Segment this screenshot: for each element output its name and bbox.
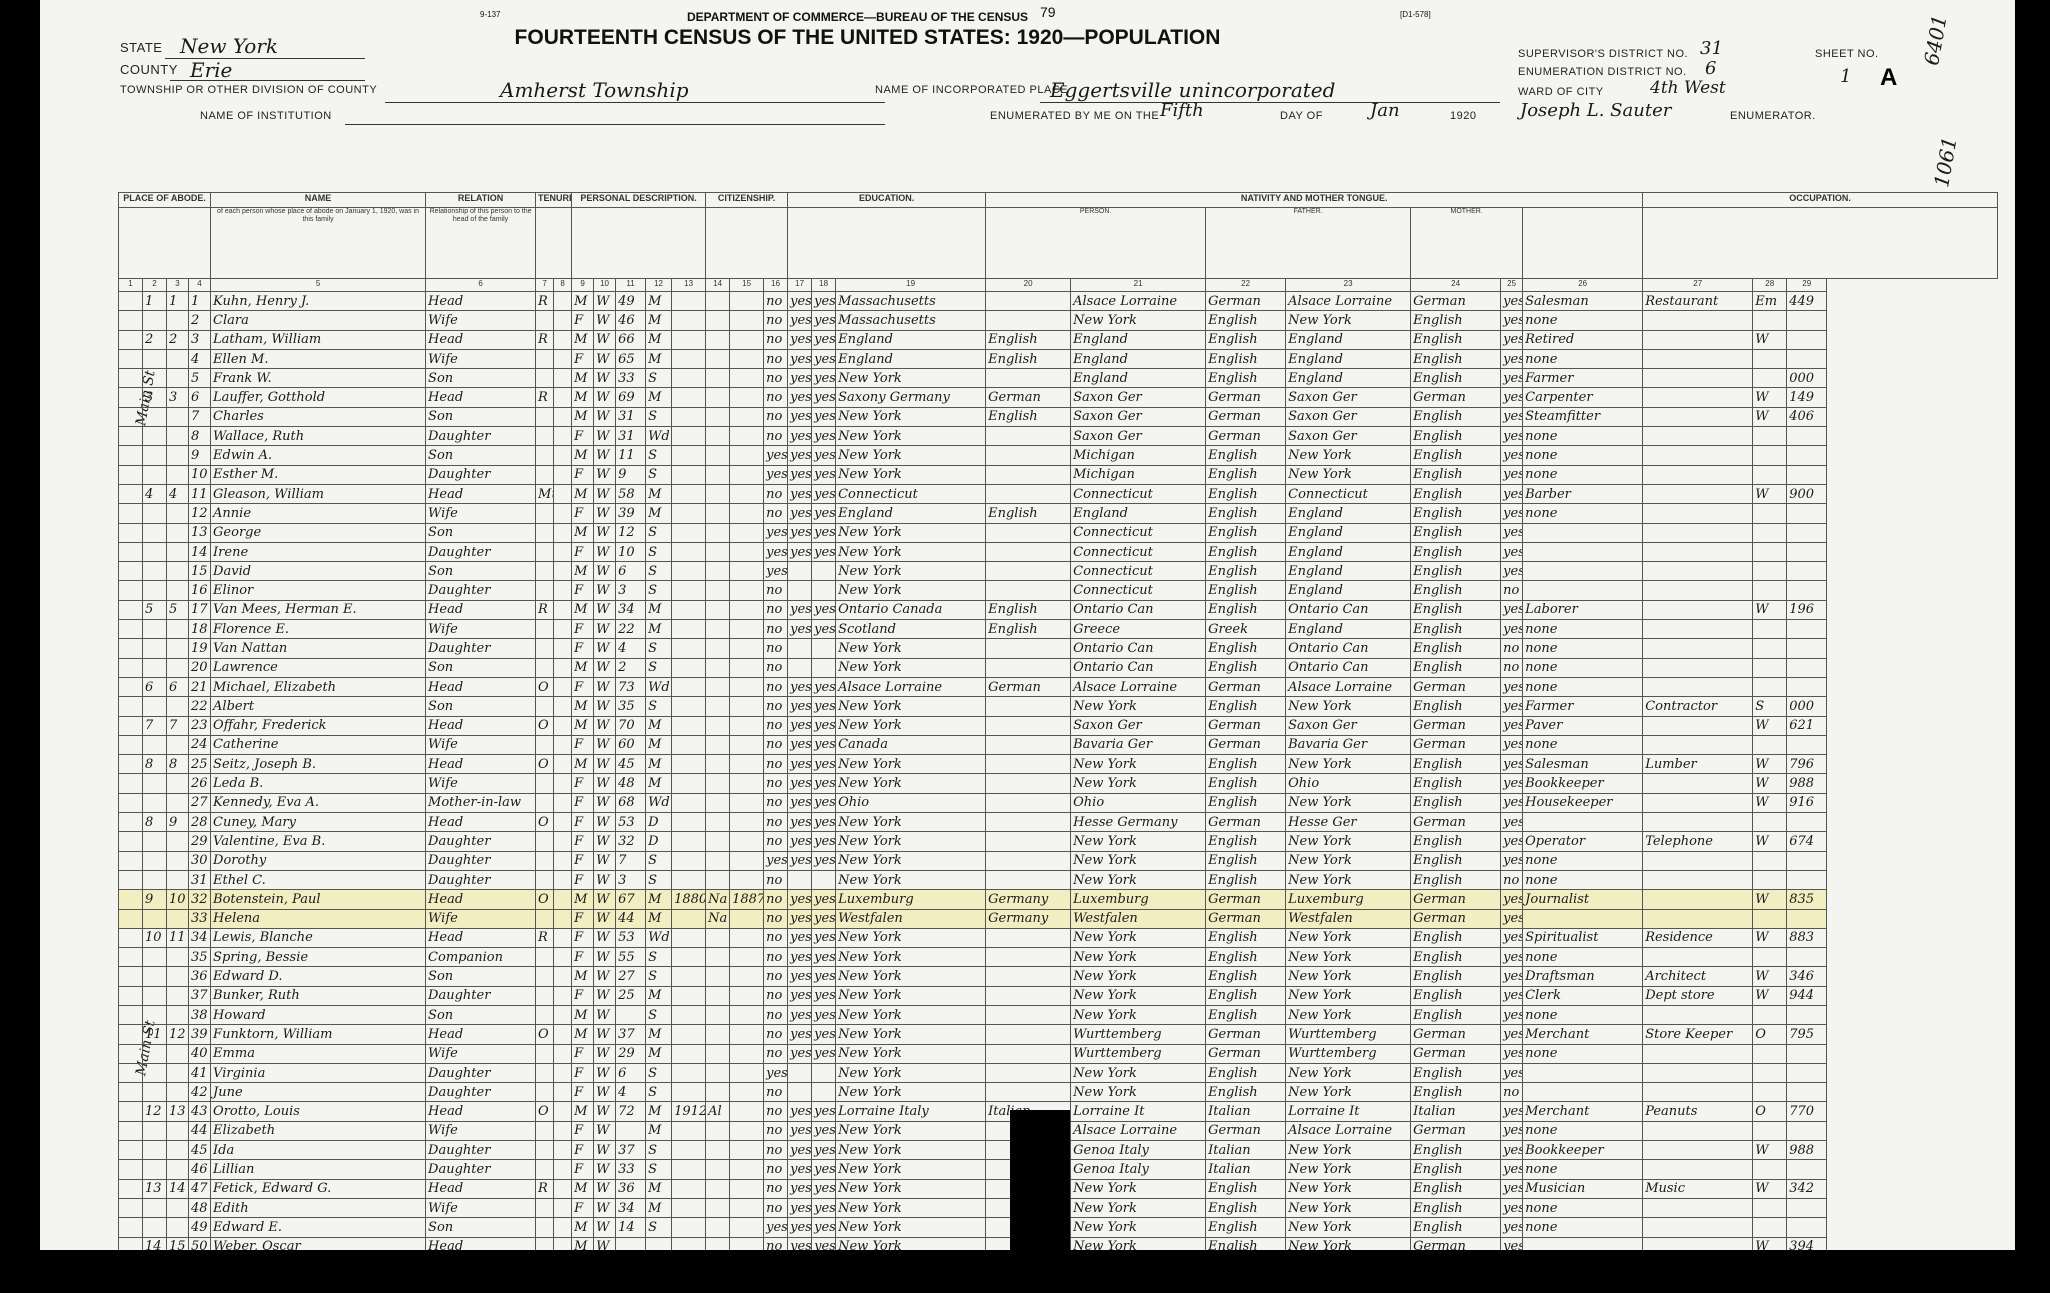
cell-nat: Na bbox=[706, 890, 730, 909]
cell-nat-year bbox=[730, 1102, 764, 1121]
cell-occupation: Salesman bbox=[1523, 755, 1643, 774]
cell-school: no bbox=[764, 735, 788, 754]
cell-write bbox=[812, 658, 836, 677]
cell-tenure bbox=[536, 986, 554, 1005]
cell-industry: Music bbox=[1643, 1179, 1753, 1198]
cell-f-birth: Luxemburg bbox=[1071, 890, 1206, 909]
cell-age: 9 bbox=[616, 465, 646, 484]
table-row[interactable]: 27Kennedy, Eva A.Mother-in-lawFW68Wdnoye… bbox=[119, 793, 1998, 812]
cell-english: yes bbox=[1501, 813, 1523, 832]
cell-relation: Daughter bbox=[426, 851, 536, 870]
cell-english: yes bbox=[1501, 928, 1523, 947]
cell-english: no bbox=[1501, 1083, 1523, 1102]
cell-class: W bbox=[1753, 890, 1787, 909]
cell-name: June bbox=[211, 1083, 426, 1102]
cell-family: 8 bbox=[167, 755, 189, 774]
cell-age: 39 bbox=[616, 504, 646, 523]
cell-sex: F bbox=[572, 1083, 594, 1102]
state-label: STATE bbox=[120, 40, 162, 55]
cell-school: no bbox=[764, 677, 788, 696]
cell-tenure2 bbox=[554, 1005, 572, 1024]
cell-race: W bbox=[594, 292, 616, 311]
cell-class: S bbox=[1753, 697, 1787, 716]
cell-age: 72 bbox=[616, 1102, 646, 1121]
cell-birth: New York bbox=[836, 1083, 986, 1102]
cell-occupation: none bbox=[1523, 658, 1643, 677]
enumerated-day: Fifth bbox=[1160, 100, 1204, 121]
cell-name: Helena bbox=[211, 909, 426, 928]
cell-english: yes bbox=[1501, 1141, 1523, 1160]
cell-write bbox=[812, 581, 836, 600]
cell-class bbox=[1753, 948, 1787, 967]
table-row[interactable]: 5517Van Mees, Herman E.HeadRMW34Mnoyesye… bbox=[119, 600, 1998, 619]
cell-race: W bbox=[594, 542, 616, 561]
cell-school: yes bbox=[764, 542, 788, 561]
cell-f-birth: New York bbox=[1071, 1218, 1206, 1237]
table-row[interactable]: 29Valentine, Eva B.DaughterFW32Dnoyesyes… bbox=[119, 832, 1998, 851]
cell-f-birth: New York bbox=[1071, 311, 1206, 330]
cell-age: 37 bbox=[616, 1141, 646, 1160]
cell-birth: New York bbox=[836, 465, 986, 484]
table-row[interactable]: 41VirginiaDaughterFW6SyesNew YorkNew Yor… bbox=[119, 1063, 1998, 1082]
cell-name: Bunker, Ruth bbox=[211, 986, 426, 1005]
cell-birth: England bbox=[836, 504, 986, 523]
cell-read: yes bbox=[788, 735, 812, 754]
col-num: 9 bbox=[572, 279, 594, 292]
cell-race: W bbox=[594, 465, 616, 484]
cell-relation: Head bbox=[426, 600, 536, 619]
cell-dwelling: 7 bbox=[143, 716, 167, 735]
table-row[interactable]: 8928Cuney, MaryHeadOFW53DnoyesyesNew Yor… bbox=[119, 813, 1998, 832]
cell-m-birth: New York bbox=[1286, 851, 1411, 870]
cell-industry bbox=[1643, 1160, 1753, 1179]
cell-right: 406 bbox=[1787, 407, 1827, 426]
cell-street bbox=[119, 774, 143, 793]
cell-class: W bbox=[1753, 793, 1787, 812]
cell-industry bbox=[1643, 658, 1753, 677]
cell-family bbox=[167, 639, 189, 658]
cell-industry bbox=[1643, 1198, 1753, 1217]
cell-occupation bbox=[1523, 562, 1643, 581]
cell-f-tongue: English bbox=[1206, 697, 1286, 716]
cell-n-unused: 43 bbox=[189, 1102, 211, 1121]
cell-sex: F bbox=[572, 620, 594, 639]
cell-occupation: none bbox=[1523, 1121, 1643, 1140]
table-row[interactable]: 8825Seitz, Joseph B.HeadOMW45MnoyesyesNe… bbox=[119, 755, 1998, 774]
cell-name: Edward E. bbox=[211, 1218, 426, 1237]
table-row[interactable]: 12AnnieWifeFW39MnoyesyesEnglandEnglishEn… bbox=[119, 504, 1998, 523]
table-row[interactable]: 13GeorgeSonMW12SyesyesyesNew YorkConnect… bbox=[119, 523, 1998, 542]
cell-tenure2 bbox=[554, 697, 572, 716]
cell-n-unused: 14 bbox=[189, 542, 211, 561]
cell-sex: M bbox=[572, 1179, 594, 1198]
cell-age: 33 bbox=[616, 1160, 646, 1179]
cell-age: 53 bbox=[616, 813, 646, 832]
cell-nat-year bbox=[730, 542, 764, 561]
cell-age bbox=[616, 1121, 646, 1140]
cell-marital: S bbox=[646, 851, 672, 870]
cell-english: yes bbox=[1501, 446, 1523, 465]
table-row[interactable]: 10Esther M.DaughterFW9SyesyesyesNew York… bbox=[119, 465, 1998, 484]
cell-n-unused: 8 bbox=[189, 427, 211, 446]
cell-f-birth: Alsace Lorraine bbox=[1071, 677, 1206, 696]
cell-tongue bbox=[986, 1005, 1071, 1024]
table-row[interactable]: 91032Botenstein, PaulHeadOMW67M1880Na188… bbox=[119, 890, 1998, 909]
cell-race: W bbox=[594, 388, 616, 407]
table-row[interactable]: 22AlbertSonMW35SnoyesyesNew YorkNew York… bbox=[119, 697, 1998, 716]
cell-marital: M bbox=[646, 1102, 672, 1121]
cell-nat bbox=[706, 1083, 730, 1102]
cell-birth: New York bbox=[836, 1025, 986, 1044]
cell-f-tongue: German bbox=[1206, 813, 1286, 832]
cell-industry bbox=[1643, 542, 1753, 561]
cell-family bbox=[167, 581, 189, 600]
cell-street bbox=[119, 1121, 143, 1140]
cell-english: yes bbox=[1501, 600, 1523, 619]
cell-street bbox=[119, 600, 143, 619]
cell-marital: S bbox=[646, 697, 672, 716]
cell-f-tongue: English bbox=[1206, 349, 1286, 368]
cell-m-tongue: English bbox=[1411, 793, 1501, 812]
table-row[interactable]: 33HelenaWifeFW44MNanoyesyesWestfalenGerm… bbox=[119, 909, 1998, 928]
cell-marital: S bbox=[646, 542, 672, 561]
cell-name: Virginia bbox=[211, 1063, 426, 1082]
cell-n-unused: 18 bbox=[189, 620, 211, 639]
cell-age: 14 bbox=[616, 1218, 646, 1237]
group-citizenship: CITIZENSHIP. bbox=[706, 193, 788, 208]
cell-n-unused: 24 bbox=[189, 735, 211, 754]
cell-tenure2 bbox=[554, 311, 572, 330]
cell-nat-year bbox=[730, 1198, 764, 1217]
cell-street bbox=[119, 349, 143, 368]
cell-m-birth: Luxemburg bbox=[1286, 890, 1411, 909]
cell-n-unused: 40 bbox=[189, 1044, 211, 1063]
cell-m-birth: Saxon Ger bbox=[1286, 388, 1411, 407]
cell-tenure2 bbox=[554, 427, 572, 446]
cell-f-tongue: English bbox=[1206, 581, 1286, 600]
cell-dwelling bbox=[143, 967, 167, 986]
table-row[interactable]: 35Spring, BessieCompanionFW55SnoyesyesNe… bbox=[119, 948, 1998, 967]
cell-family bbox=[167, 427, 189, 446]
cell-birth: New York bbox=[836, 542, 986, 561]
cell-birth: New York bbox=[836, 697, 986, 716]
cell-birth: England bbox=[836, 330, 986, 349]
cell-english: no bbox=[1501, 581, 1523, 600]
cell-school: no bbox=[764, 986, 788, 1005]
cell-read: yes bbox=[788, 1005, 812, 1024]
cell-dwelling: 4 bbox=[143, 484, 167, 503]
cell-tongue bbox=[986, 697, 1071, 716]
cell-english: yes bbox=[1501, 620, 1523, 639]
cell-imm-year bbox=[672, 542, 706, 561]
cell-write bbox=[812, 870, 836, 889]
cell-street bbox=[119, 330, 143, 349]
cell-occupation bbox=[1523, 523, 1643, 542]
cell-right: 835 bbox=[1787, 890, 1827, 909]
cell-write: yes bbox=[812, 909, 836, 928]
table-row[interactable]: 223Latham, WilliamHeadRMW66MnoyesyesEngl… bbox=[119, 330, 1998, 349]
cell-school: no bbox=[764, 369, 788, 388]
cell-f-birth: New York bbox=[1071, 755, 1206, 774]
table-row[interactable]: 101134Lewis, BlancheHeadRFW53WdnoyesyesN… bbox=[119, 928, 1998, 947]
table-row[interactable]: 42JuneDaughterFW4SnoNew YorkNew YorkEngl… bbox=[119, 1083, 1998, 1102]
cell-occupation: none bbox=[1523, 504, 1643, 523]
cell-f-birth: Genoa Italy bbox=[1071, 1141, 1206, 1160]
col-num: 13 bbox=[672, 279, 706, 292]
cell-class bbox=[1753, 1005, 1787, 1024]
cell-write: yes bbox=[812, 484, 836, 503]
cell-relation: Wife bbox=[426, 735, 536, 754]
cell-relation: Head bbox=[426, 292, 536, 311]
table-row[interactable]: 20LawrenceSonMW2SnoNew YorkOntario CanEn… bbox=[119, 658, 1998, 677]
cell-write: yes bbox=[812, 407, 836, 426]
cell-class: W bbox=[1753, 388, 1787, 407]
cell-write: yes bbox=[812, 523, 836, 542]
table-row[interactable]: 14IreneDaughterFW10SyesyesyesNew YorkCon… bbox=[119, 542, 1998, 561]
cell-dwelling: 12 bbox=[143, 1102, 167, 1121]
cell-nat-year bbox=[730, 658, 764, 677]
cell-class bbox=[1753, 639, 1787, 658]
cell-f-birth: New York bbox=[1071, 986, 1206, 1005]
cell-write: yes bbox=[812, 1218, 836, 1237]
table-row[interactable]: 36Edward D.SonMW27SnoyesyesNew YorkNew Y… bbox=[119, 967, 1998, 986]
table-row[interactable]: 5Frank W.SonMW33SnoyesyesNew YorkEngland… bbox=[119, 369, 1998, 388]
county-label: COUNTY bbox=[120, 62, 178, 77]
cell-read: yes bbox=[788, 349, 812, 368]
cell-tongue bbox=[986, 446, 1071, 465]
cell-nat-year bbox=[730, 1160, 764, 1179]
cell-family bbox=[167, 465, 189, 484]
cell-sex: F bbox=[572, 349, 594, 368]
table-row[interactable]: 15DavidSonMW6SyesNew YorkConnecticutEngl… bbox=[119, 562, 1998, 581]
table-row[interactable]: 16ElinorDaughterFW3SnoNew YorkConnecticu… bbox=[119, 581, 1998, 600]
cell-birth: Ontario Canada bbox=[836, 600, 986, 619]
cell-tongue bbox=[986, 523, 1071, 542]
cell-industry bbox=[1643, 1063, 1753, 1082]
cell-tenure bbox=[536, 793, 554, 812]
table-row[interactable]: 40EmmaWifeFW29MnoyesyesNew YorkWurttembe… bbox=[119, 1044, 1998, 1063]
cell-sex: F bbox=[572, 851, 594, 870]
cell-dwelling bbox=[143, 504, 167, 523]
cell-f-tongue: English bbox=[1206, 542, 1286, 561]
table-row[interactable]: 2ClaraWifeFW46MnoyesyesMassachusettsNew … bbox=[119, 311, 1998, 330]
cell-relation: Wife bbox=[426, 620, 536, 639]
cell-dwelling: 13 bbox=[143, 1179, 167, 1198]
cell-family bbox=[167, 562, 189, 581]
cell-relation: Wife bbox=[426, 504, 536, 523]
cell-race: W bbox=[594, 1025, 616, 1044]
cell-dwelling: 8 bbox=[143, 755, 167, 774]
cell-name: Lewis, Blanche bbox=[211, 928, 426, 947]
cell-race: W bbox=[594, 330, 616, 349]
cell-sex: F bbox=[572, 465, 594, 484]
cell-relation: Head bbox=[426, 1025, 536, 1044]
cell-school: no bbox=[764, 813, 788, 832]
cell-occupation: none bbox=[1523, 948, 1643, 967]
cell-street bbox=[119, 427, 143, 446]
cell-nat bbox=[706, 581, 730, 600]
cell-family bbox=[167, 542, 189, 561]
cell-n-unused: 30 bbox=[189, 851, 211, 870]
cell-english: yes bbox=[1501, 832, 1523, 851]
cell-tenure bbox=[536, 870, 554, 889]
cell-relation: Wife bbox=[426, 1198, 536, 1217]
table-row[interactable]: 7CharlesSonMW31SnoyesyesNew YorkEnglishS… bbox=[119, 407, 1998, 426]
table-row[interactable]: 24CatherineWifeFW60MnoyesyesCanadaBavari… bbox=[119, 735, 1998, 754]
cell-imm-year bbox=[672, 369, 706, 388]
table-row[interactable]: 6621Michael, ElizabethHeadOFW73Wdnoyesye… bbox=[119, 677, 1998, 696]
cell-nat-year bbox=[730, 948, 764, 967]
col-num: 26 bbox=[1523, 279, 1643, 292]
table-row[interactable]: 111Kuhn, Henry J.HeadRMW49MnoyesyesMassa… bbox=[119, 292, 1998, 311]
cell-m-tongue: English bbox=[1411, 1005, 1501, 1024]
cell-m-birth: England bbox=[1286, 542, 1411, 561]
cell-tenure2 bbox=[554, 292, 572, 311]
cell-age: 4 bbox=[616, 1083, 646, 1102]
col-num: 22 bbox=[1206, 279, 1286, 292]
table-row[interactable]: 9Edwin A.SonMW11SyesyesyesNew YorkMichig… bbox=[119, 446, 1998, 465]
cell-age: 29 bbox=[616, 1044, 646, 1063]
cell-tenure bbox=[536, 832, 554, 851]
cell-name: Edwin A. bbox=[211, 446, 426, 465]
cell-right bbox=[1787, 735, 1827, 754]
table-row[interactable]: 31Ethel C.DaughterFW3SnoNew YorkNew York… bbox=[119, 870, 1998, 889]
table-row[interactable]: 38HowardSonMWSnoyesyesNew YorkNew YorkEn… bbox=[119, 1005, 1998, 1024]
cell-name: Frank W. bbox=[211, 369, 426, 388]
group-tenure: TENURE. bbox=[536, 193, 572, 208]
cell-class bbox=[1753, 735, 1787, 754]
cell-age: 70 bbox=[616, 716, 646, 735]
cell-read: yes bbox=[788, 716, 812, 735]
table-row[interactable]: 4Ellen M.WifeFW65MnoyesyesEnglandEnglish… bbox=[119, 349, 1998, 368]
cell-family bbox=[167, 851, 189, 870]
cell-write: yes bbox=[812, 735, 836, 754]
cell-family: 9 bbox=[167, 813, 189, 832]
cell-nat-year bbox=[730, 446, 764, 465]
enumerator-label: ENUMERATOR. bbox=[1730, 110, 1816, 122]
cell-sex: F bbox=[572, 774, 594, 793]
cell-m-birth: England bbox=[1286, 620, 1411, 639]
cell-race: W bbox=[594, 697, 616, 716]
cell-occupation: Barber bbox=[1523, 484, 1643, 503]
cell-tenure2 bbox=[554, 1160, 572, 1179]
cell-english: yes bbox=[1501, 388, 1523, 407]
cell-m-tongue: German bbox=[1411, 890, 1501, 909]
cell-class bbox=[1753, 813, 1787, 832]
table-row[interactable]: 336Lauffer, GottholdHeadRMW69MnoyesyesSa… bbox=[119, 388, 1998, 407]
cell-right bbox=[1787, 311, 1827, 330]
cell-name: Offahr, Frederick bbox=[211, 716, 426, 735]
cell-f-tongue: English bbox=[1206, 562, 1286, 581]
cell-race: W bbox=[594, 1179, 616, 1198]
table-row[interactable]: 4411Gleason, WilliamHeadMuMW58MnoyesyesC… bbox=[119, 484, 1998, 503]
cell-family bbox=[167, 870, 189, 889]
cell-m-birth: New York bbox=[1286, 832, 1411, 851]
cell-race: W bbox=[594, 658, 616, 677]
cell-relation: Wife bbox=[426, 1044, 536, 1063]
cell-age: 12 bbox=[616, 523, 646, 542]
cell-n-unused: 36 bbox=[189, 967, 211, 986]
cell-name: Wallace, Ruth bbox=[211, 427, 426, 446]
cell-tenure bbox=[536, 1083, 554, 1102]
cell-m-birth: New York bbox=[1286, 311, 1411, 330]
cell-name: Van Mees, Herman E. bbox=[211, 600, 426, 619]
cell-read: yes bbox=[788, 793, 812, 812]
cell-nat bbox=[706, 504, 730, 523]
table-row[interactable]: 30DorothyDaughterFW7SyesyesyesNew YorkNe… bbox=[119, 851, 1998, 870]
cell-street bbox=[119, 484, 143, 503]
cell-tongue bbox=[986, 1063, 1071, 1082]
cell-tenure2 bbox=[554, 832, 572, 851]
cell-english: no bbox=[1501, 870, 1523, 889]
cell-occupation: none bbox=[1523, 620, 1643, 639]
cell-english: yes bbox=[1501, 349, 1523, 368]
table-row[interactable]: 8Wallace, RuthDaughterFW31WdnoyesyesNew … bbox=[119, 427, 1998, 446]
cell-n-unused: 25 bbox=[189, 755, 211, 774]
cell-right bbox=[1787, 658, 1827, 677]
table-row[interactable]: 111239Funktorn, WilliamHeadOMW37Mnoyesye… bbox=[119, 1025, 1998, 1044]
cell-f-birth: Ontario Can bbox=[1071, 600, 1206, 619]
table-row[interactable]: 26Leda B.WifeFW48MnoyesyesNew YorkNew Yo… bbox=[119, 774, 1998, 793]
cell-name: Spring, Bessie bbox=[211, 948, 426, 967]
cell-relation: Son bbox=[426, 369, 536, 388]
cell-imm-year bbox=[672, 948, 706, 967]
cell-dwelling bbox=[143, 446, 167, 465]
cell-n-unused: 42 bbox=[189, 1083, 211, 1102]
cell-m-birth: Wurttemberg bbox=[1286, 1044, 1411, 1063]
cell-dwelling: 6 bbox=[143, 677, 167, 696]
cell-school: no bbox=[764, 948, 788, 967]
cell-occupation: Retired bbox=[1523, 330, 1643, 349]
cell-sex: M bbox=[572, 330, 594, 349]
cell-write: yes bbox=[812, 292, 836, 311]
cell-n-unused: 35 bbox=[189, 948, 211, 967]
cell-relation: Son bbox=[426, 446, 536, 465]
cell-tenure2 bbox=[554, 1025, 572, 1044]
cell-class bbox=[1753, 504, 1787, 523]
cell-class: W bbox=[1753, 986, 1787, 1005]
cell-sex: F bbox=[572, 793, 594, 812]
table-row[interactable]: 37Bunker, RuthDaughterFW25MnoyesyesNew Y… bbox=[119, 986, 1998, 1005]
cell-read: yes bbox=[788, 484, 812, 503]
cell-tongue: English bbox=[986, 330, 1071, 349]
cell-english: yes bbox=[1501, 542, 1523, 561]
cell-tenure2 bbox=[554, 851, 572, 870]
table-row[interactable]: 7723Offahr, FrederickHeadOMW70MnoyesyesN… bbox=[119, 716, 1998, 735]
cell-tongue bbox=[986, 1044, 1071, 1063]
cell-tenure: O bbox=[536, 1102, 554, 1121]
cell-m-tongue: English bbox=[1411, 407, 1501, 426]
cell-right bbox=[1787, 504, 1827, 523]
cell-f-tongue: English bbox=[1206, 330, 1286, 349]
cell-school: no bbox=[764, 292, 788, 311]
cell-f-birth: Michigan bbox=[1071, 465, 1206, 484]
cell-nat-year bbox=[730, 311, 764, 330]
cell-f-tongue: English bbox=[1206, 523, 1286, 542]
cell-dwelling bbox=[143, 581, 167, 600]
table-row[interactable]: 18Florence E.WifeFW22MnoyesyesScotlandEn… bbox=[119, 620, 1998, 639]
cell-industry bbox=[1643, 1044, 1753, 1063]
cell-school: no bbox=[764, 427, 788, 446]
table-row[interactable]: 19Van NattanDaughterFW4SnoNew YorkOntari… bbox=[119, 639, 1998, 658]
cell-dwelling bbox=[143, 851, 167, 870]
cell-relation: Head bbox=[426, 928, 536, 947]
cell-occupation bbox=[1523, 813, 1643, 832]
cell-family bbox=[167, 697, 189, 716]
cell-class bbox=[1753, 909, 1787, 928]
cell-f-birth: Connecticut bbox=[1071, 562, 1206, 581]
cell-m-tongue: German bbox=[1411, 813, 1501, 832]
